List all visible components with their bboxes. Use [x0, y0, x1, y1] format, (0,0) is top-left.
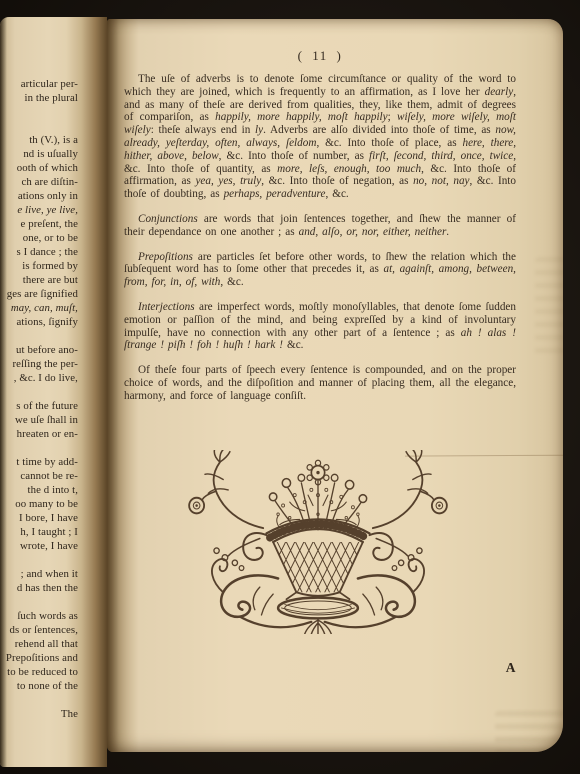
paper-stain [555, 71, 563, 141]
flower-basket-ornament-icon [180, 450, 456, 634]
italic-text-run: no, not, nay [413, 175, 469, 187]
left-page-blank-line [0, 693, 107, 707]
text-run: ; [388, 111, 397, 123]
left-page-text-fragment: to none of the [0, 679, 107, 693]
text-run: , &c. Into thoſe of negation, as [261, 175, 413, 187]
left-facing-page: articular per-in the plural th (V.), is … [0, 17, 107, 767]
paragraph-interjections: Interjections are imperfect words, moſtl… [124, 301, 516, 352]
left-page-text-fragment: may, can, muſt, [0, 301, 107, 315]
page-text-block: ( 11 ) The uſe of adverbs is to denote ſ… [124, 19, 516, 634]
left-page-text-fragment: cannot be re- [0, 469, 107, 483]
text-run: . [446, 226, 449, 238]
left-page-blank-line [0, 105, 107, 119]
left-page-text-fragment: ch are diſtin- [0, 175, 107, 189]
left-page-text-fragment: the d into t, [0, 483, 107, 497]
left-page-text-fragment: wrote, I have [0, 539, 107, 553]
left-page-text-fragment: oo many to be [0, 497, 107, 511]
left-page-text-fragment: we uſe ſhall in [0, 413, 107, 427]
left-page-text-fragment: ooth of which [0, 161, 107, 175]
left-page-text-fragment: articular per- [0, 77, 107, 91]
left-page-text-fragment: there are but [0, 273, 107, 287]
italic-text-run: dearly [485, 86, 514, 98]
left-page-text-fragment: to be reduced to [0, 665, 107, 679]
text-run: &c. [283, 339, 303, 351]
left-page-text-fragment: th (V.), is a [0, 133, 107, 147]
text-run: , &c. Into thoſe of number, as [219, 150, 369, 162]
text-run: , &c. [220, 276, 243, 288]
book-page: ( 11 ) The uſe of adverbs is to denote ſ… [107, 19, 563, 752]
paragraph-conjunctions: Conjunctions are words that join ſentenc… [124, 213, 516, 239]
italic-text-run: Conjunctions [138, 213, 198, 225]
left-page-text-fragment: ds or ſentences, [0, 623, 107, 637]
text-run: , &c. Into thoſe of place, as [316, 137, 462, 149]
left-page-text-fragment: s of the future [0, 399, 107, 413]
text-run: Of theſe four parts of ſpeech every ſent… [124, 364, 516, 402]
left-page-text-fragment: ations, ſignify [0, 315, 107, 329]
left-page-text-fragment: The [0, 707, 107, 721]
page-number-header: ( 11 ) [124, 48, 516, 64]
paragraph-adverbs: The uſe of adverbs is to denote ſome cir… [124, 73, 516, 201]
left-page-blank-line [0, 385, 107, 399]
italic-text-run: Interjections [138, 301, 195, 313]
text-run: The uſe of adverbs is to denote ſome cir… [124, 73, 516, 98]
left-page-text-fragment: one, or to be [0, 231, 107, 245]
left-page-blank-line [0, 329, 107, 343]
left-page-text-fragment: ſuch words as [0, 609, 107, 623]
left-page-text-fragment: ations only in [0, 189, 107, 203]
left-page-text-fragment: nd is uſually [0, 147, 107, 161]
italic-text-run: more, leſs, enough, too much [277, 163, 421, 175]
left-page-blank-line [0, 441, 107, 455]
italic-text-run: and, alſo, or, nor, either, neither [299, 226, 447, 238]
left-page-text-fragment: I bore, I have [0, 511, 107, 525]
show-through-text [495, 711, 563, 752]
left-page-text-column: articular per-in the plural th (V.), is … [0, 77, 107, 721]
show-through-text [535, 257, 563, 357]
italic-text-run: ly [255, 124, 263, 136]
left-page-text-fragment: ; and when it [0, 567, 107, 581]
left-page-text-fragment: t time by add- [0, 455, 107, 469]
left-page-text-fragment: rehend all that [0, 637, 107, 651]
left-page-text-fragment: s I dance ; the [0, 245, 107, 259]
italic-text-run: happily, more happily, moſt happily [215, 111, 387, 123]
left-page-text-fragment: is formed by [0, 259, 107, 273]
text-run: , &c. [325, 188, 348, 200]
left-page-text-fragment: d has then the [0, 581, 107, 595]
left-page-blank-line [0, 595, 107, 609]
italic-text-run: yea, yes, truly [195, 175, 261, 187]
left-page-blank-line [0, 553, 107, 567]
left-page-text-fragment: ges are ſignified [0, 287, 107, 301]
paragraph-conclusion: Of theſe four parts of ſpeech every ſent… [124, 364, 516, 402]
left-page-text-fragment: , &c. I do live, [0, 371, 107, 385]
left-page-text-fragment: reſſing the per- [0, 357, 107, 371]
left-page-text-fragment: in the plural [0, 91, 107, 105]
italic-text-run: Prepoſitions [138, 251, 193, 263]
paragraph-prepositions: Prepoſitions are particles ſet before ot… [124, 251, 516, 289]
text-run: : theſe always end in [151, 124, 255, 136]
italic-text-run: firſt, ſecond, third, once, twice [369, 150, 513, 162]
book-photo: { "colors":{ "paper":"#ead9b8", "ink":"#… [0, 0, 580, 774]
left-page-text-fragment: e live, ye live, [0, 203, 107, 217]
left-page-blank-line [0, 119, 107, 133]
left-page-text-fragment: e preſent, the [0, 217, 107, 231]
left-page-text-fragment: Prepoſitions and [0, 651, 107, 665]
left-page-text-fragment: h, I taught ; I [0, 525, 107, 539]
left-page-text-fragment: hreaten or en- [0, 427, 107, 441]
left-page-text-fragment: ut before ano- [0, 343, 107, 357]
italic-text-run: perhaps, peradventure [224, 188, 326, 200]
text-run: . Adverbs are alſo divided into thoſe of… [263, 124, 495, 136]
signature-mark: A [506, 660, 516, 676]
